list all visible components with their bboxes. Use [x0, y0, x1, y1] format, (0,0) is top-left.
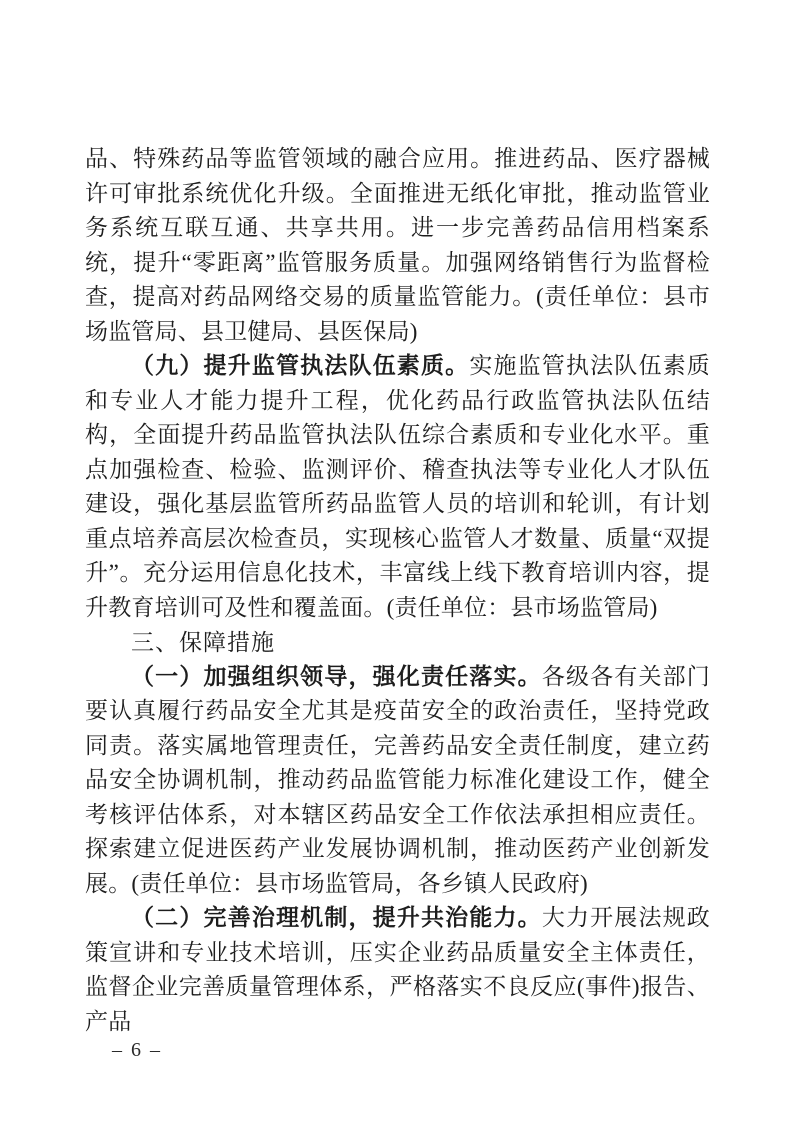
section-heading: 三、保障措施 [85, 625, 710, 660]
page-number: – 6 – [112, 1038, 162, 1062]
paragraph-item-2: （二）完善治理机制，提升共治能力。大力开展法规政策宣讲和专业技术培训，压实企业药… [85, 901, 710, 1039]
item-2-lead: （二）完善治理机制，提升共治能力。 [131, 905, 542, 930]
paragraph-item-9: （九）提升监管执法队伍素质。实施监管执法队伍素质和专业人才能力提升工程，优化药品… [85, 349, 710, 625]
document-page: 品、特殊药品等监管领域的融合应用。推进药品、医疗器械许可审批系统优化升级。全面推… [0, 0, 793, 1122]
paragraph-item-1: （一）加强组织领导，强化责任落实。各级各有关部门要认真履行药品安全尤其是疫苗安全… [85, 660, 710, 902]
item-1-body: 各级各有关部门要认真履行药品安全尤其是疫苗安全的政治责任，坚持党政同责。落实属地… [85, 664, 710, 896]
document-body: 品、特殊药品等监管领域的融合应用。推进药品、医疗器械许可审批系统优化升级。全面推… [85, 142, 710, 1039]
item-9-lead: （九）提升监管执法队伍素质。 [131, 353, 469, 378]
item-9-body: 实施监管执法队伍素质和专业人才能力提升工程，优化药品行政监管执法队伍结构，全面提… [85, 353, 710, 620]
paragraph-continuation: 品、特殊药品等监管领域的融合应用。推进药品、医疗器械许可审批系统优化升级。全面推… [85, 142, 710, 349]
item-1-lead: （一）加强组织领导，强化责任落实。 [131, 664, 542, 689]
